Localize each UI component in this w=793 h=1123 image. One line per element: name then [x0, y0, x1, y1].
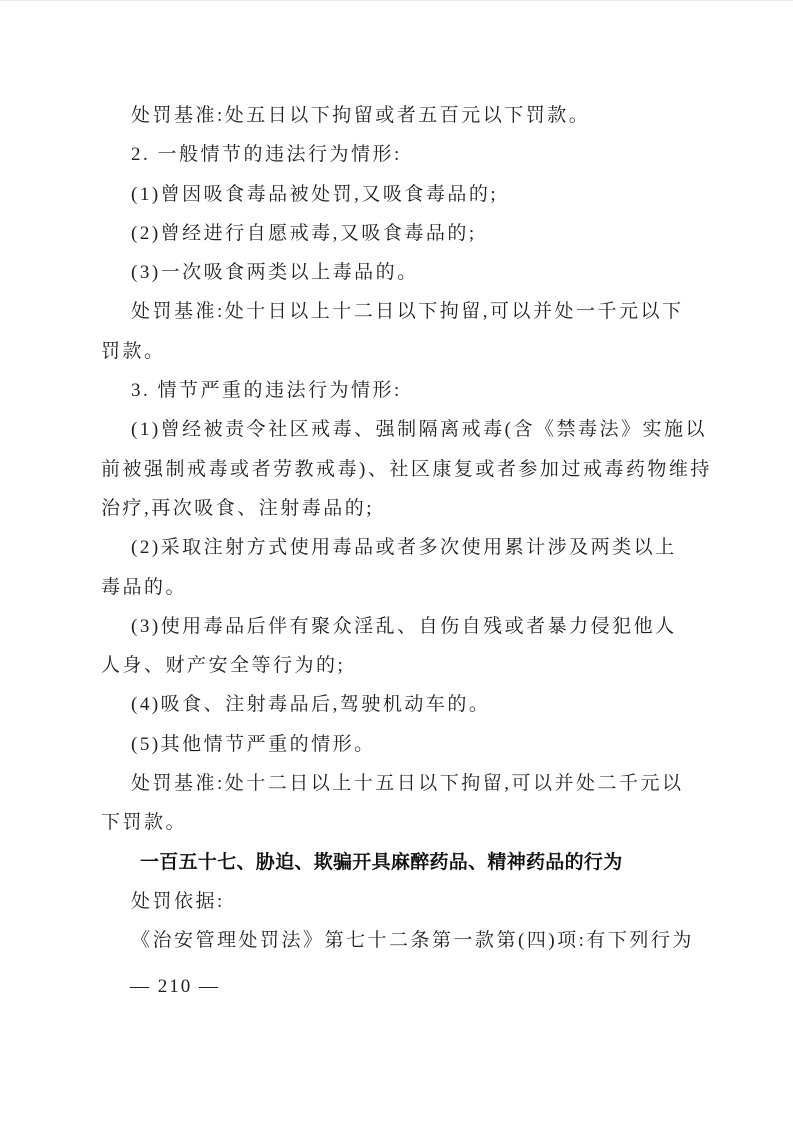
body-paragraph: 处罚基准:处十日以上十二日以下拘留,可以并处一千元以下 罚款。	[101, 292, 761, 371]
body-paragraph: (3)使用毒品后伴有聚众淫乱、自伤自残或者暴力侵犯他人 人身、财产安全等行为的;	[101, 607, 761, 686]
body-paragraph: 3. 情节严重的违法行为情形:	[101, 371, 761, 410]
document-page: 处罚基准:处五日以下拘留或者五百元以下罚款。2. 一般情节的违法行为情形:(1)…	[0, 0, 793, 1123]
body-paragraph: (2)采取注射方式使用毒品或者多次使用累计涉及两类以上 毒品的。	[101, 528, 761, 607]
body-paragraph: 处罚基准:处十二日以上十五日以下拘留,可以并处二千元以 下罚款。	[101, 764, 761, 843]
body-paragraph: (4)吸食、注射毒品后,驾驶机动车的。	[101, 685, 761, 724]
body-paragraph: 处罚基准:处五日以下拘留或者五百元以下罚款。	[101, 96, 761, 135]
body-paragraph: (1)曾因吸食毒品被处罚,又吸食毒品的;	[101, 175, 761, 214]
body-paragraph: (3)一次吸食两类以上毒品的。	[101, 253, 761, 292]
page-number: — 210 —	[130, 967, 220, 1006]
body-paragraph: (5)其他情节严重的情形。	[101, 725, 761, 764]
body-paragraph: 2. 一般情节的违法行为情形:	[101, 135, 761, 174]
section-heading: 一百五十七、胁迫、欺骗开具麻醉药品、精神药品的行为	[101, 843, 761, 882]
body-paragraph: 处罚依据:	[101, 882, 761, 921]
body-paragraph: (2)曾经进行自愿戒毒,又吸食毒品的;	[101, 214, 761, 253]
page-content: 处罚基准:处五日以下拘留或者五百元以下罚款。2. 一般情节的违法行为情形:(1)…	[101, 96, 761, 961]
body-paragraph: 《治安管理处罚法》第七十二条第一款第(四)项:有下列行为	[101, 921, 761, 960]
body-paragraph: (1)曾经被责令社区戒毒、强制隔离戒毒(含《禁毒法》实施以 前被强制戒毒或者劳教…	[101, 410, 761, 528]
